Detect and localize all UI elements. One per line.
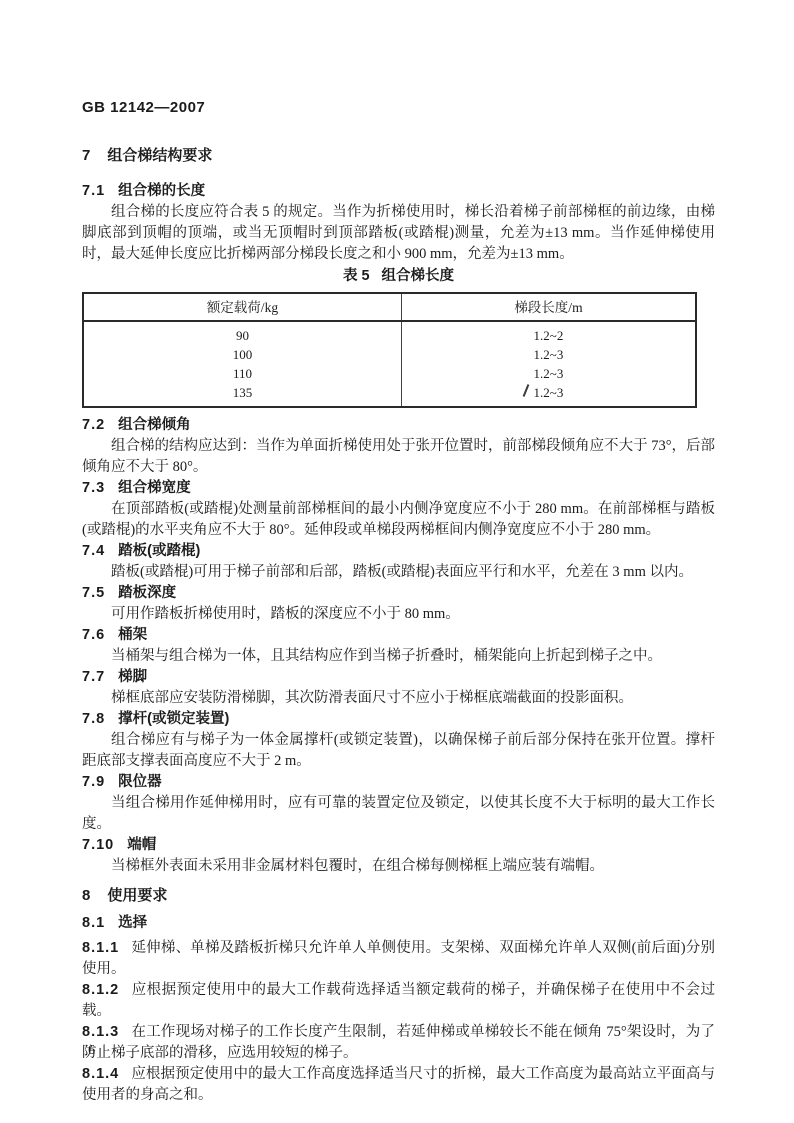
table-5-caption-title: 组合梯长度	[382, 268, 455, 284]
table-cell-load: 110	[83, 364, 401, 383]
section-title-7-5: 踏板深度	[118, 585, 176, 601]
table-cell-load: 100	[83, 345, 401, 364]
section-body-7-5: 可用作踏板折梯使用时，踏板的深度应不小于 80 mm。	[82, 604, 715, 625]
section-number-7-8: 7.8	[82, 711, 105, 727]
section-number-7-2: 7.2	[82, 417, 105, 433]
section-title-7-6: 桶架	[118, 627, 147, 643]
table-col-header-load: 额定载荷/kg	[83, 293, 401, 321]
table-row: 100 1.2~3	[83, 345, 696, 364]
section-heading-7-6: 7.6桶架	[82, 625, 715, 646]
doc-number: GB 12142—2007	[82, 98, 715, 118]
table-row: 135 1.2~3	[83, 383, 696, 407]
section-title-7-8: 撑杆(或锁定装置)	[118, 711, 229, 727]
section-body-7-8: 组合梯应有与梯子为一体金属撑杆(或锁定装置)，以确保梯子前后部分保持在张开位置。…	[82, 730, 715, 772]
section-number-7-1: 7.1	[82, 183, 105, 199]
section-heading-8-1: 8.1选择	[82, 913, 715, 934]
section-title-7-2: 组合梯倾角	[118, 417, 191, 433]
section-number-7-4: 7.4	[82, 543, 105, 559]
table-cell-length-text: 1.2~3	[534, 385, 564, 400]
clause-8-1-4: 8.1.4应根据预定使用中的最大工作高度选择适当尺寸的折梯，最大工作高度为最高站…	[82, 1064, 715, 1106]
section-heading-7-2: 7.2组合梯倾角	[82, 415, 715, 436]
section-body-7-9: 当组合梯用作延伸梯用时，应有可靠的装置定位及锁定，以使其长度不大于标明的最大工作…	[82, 793, 715, 835]
table-5-caption-label: 表 5	[343, 268, 370, 284]
section-body-7-7: 梯框底部应安装防滑梯脚，其次防滑表面尺寸不应小于梯框底端截面的投影面积。	[82, 688, 715, 709]
section-number-7-7: 7.7	[82, 669, 105, 685]
section-number-7-6: 7.6	[82, 627, 105, 643]
table-row: 110 1.2~3	[83, 364, 696, 383]
table-cell-length: 1.2~2	[401, 321, 696, 345]
clause-body-8-1-3: 在工作现场对梯子的工作长度产生限制，若延伸梯或单梯较长不能在倾角 75°架设时，…	[82, 1024, 715, 1061]
document-page: GB 12142—2007 7组合梯结构要求 7.1组合梯的长度 组合梯的长度应…	[0, 0, 794, 1123]
section-number-7-5: 7.5	[82, 585, 105, 601]
section-body-7-3: 在顶部踏板(或踏棍)处测量前部梯框间的最小内侧净宽度应不小于 280 mm。在前…	[82, 499, 715, 541]
table-5-caption: 表 5组合梯长度	[82, 266, 715, 287]
section-title-7-7: 梯脚	[118, 669, 147, 685]
section-heading-7-5: 7.5踏板深度	[82, 583, 715, 604]
section-title-7-1: 组合梯的长度	[118, 183, 205, 199]
section-heading-7-10: 7.10端帽	[82, 835, 715, 856]
chapter-8-heading: 8使用要求	[82, 885, 715, 906]
table-cell-length: 1.2~3	[401, 383, 696, 407]
clause-body-8-1-4: 应根据预定使用中的最大工作高度选择适当尺寸的折梯，最大工作高度为最高站立平面高与…	[82, 1066, 715, 1103]
section-number-7-9: 7.9	[82, 774, 105, 790]
clause-8-1-2: 8.1.2应根据预定使用中的最大工作载荷选择适当额定载荷的梯子，并确保梯子在使用…	[82, 980, 715, 1022]
table-header-row: 额定载荷/kg 梯段长度/m	[83, 293, 696, 321]
chapter-8-number: 8	[82, 887, 91, 904]
section-number-7-10: 7.10	[82, 837, 114, 853]
section-title-7-3: 组合梯宽度	[118, 480, 191, 496]
section-body-7-2: 组合梯的结构应达到：当作为单面折梯使用处于张开位置时，前部梯段倾角应不大于 73…	[82, 436, 715, 478]
scan-artifact-mark	[522, 384, 529, 397]
table-cell-load: 90	[83, 321, 401, 345]
clause-body-8-1-1: 延伸梯、单梯及踏板折梯只允许单人单侧使用。支架梯、双面梯允许单人双侧(前后面)分…	[82, 940, 715, 977]
clause-number-8-1-2: 8.1.2	[82, 982, 119, 998]
chapter-7-title: 组合梯结构要求	[107, 147, 212, 164]
clause-number-8-1-3: 8.1.3	[82, 1024, 119, 1040]
table-5: 额定载荷/kg 梯段长度/m 90 1.2~2 100 1.2~3 110 1.…	[82, 292, 697, 408]
section-heading-7-8: 7.8撑杆(或锁定装置)	[82, 709, 715, 730]
chapter-7-heading: 7组合梯结构要求	[82, 145, 715, 166]
table-cell-length: 1.2~3	[401, 364, 696, 383]
section-heading-7-3: 7.3组合梯宽度	[82, 478, 715, 499]
section-heading-7-1: 7.1组合梯的长度	[82, 181, 715, 202]
chapter-8-title: 使用要求	[107, 887, 167, 904]
chapter-7-number: 7	[82, 147, 91, 164]
table-5-body: 90 1.2~2 100 1.2~3 110 1.2~3 135 1.2~3	[83, 321, 696, 407]
page-number: 6	[88, 1040, 95, 1061]
table-5-header: 额定载荷/kg 梯段长度/m	[83, 293, 696, 321]
section-heading-7-4: 7.4踏板(或踏棍)	[82, 541, 715, 562]
section-body-7-4: 踏板(或踏棍)可用于梯子前部和后部，踏板(或踏棍)表面应平行和水平，允差在 3 …	[82, 562, 715, 583]
section-body-7-6: 当桶架与组合梯为一体，且其结构应作到当梯子折叠时，桶架能向上折起到梯子之中。	[82, 646, 715, 667]
section-title-7-9: 限位器	[118, 774, 162, 790]
section-heading-7-7: 7.7梯脚	[82, 667, 715, 688]
clause-8-1-3: 8.1.3在工作现场对梯子的工作长度产生限制，若延伸梯或单梯较长不能在倾角 75…	[82, 1022, 715, 1064]
section-title-7-10: 端帽	[127, 837, 156, 853]
table-cell-length: 1.2~3	[401, 345, 696, 364]
clause-number-8-1-4: 8.1.4	[82, 1066, 119, 1082]
clause-body-8-1-2: 应根据预定使用中的最大工作载荷选择适当额定载荷的梯子，并确保梯子在使用中不会过载…	[82, 982, 715, 1019]
clause-number-8-1-1: 8.1.1	[82, 940, 119, 956]
section-number-7-3: 7.3	[82, 480, 105, 496]
table-col-header-length: 梯段长度/m	[401, 293, 696, 321]
table-row: 90 1.2~2	[83, 321, 696, 345]
section-title-7-4: 踏板(或踏棍)	[118, 543, 200, 559]
clause-8-1-1: 8.1.1延伸梯、单梯及踏板折梯只允许单人单侧使用。支架梯、双面梯允许单人双侧(…	[82, 938, 715, 980]
table-cell-load: 135	[83, 383, 401, 407]
section-number-8-1: 8.1	[82, 915, 105, 931]
section-body-7-1: 组合梯的长度应符合表 5 的规定。当作为折梯使用时，梯长沿着梯子前部梯框的前边缘…	[82, 202, 715, 265]
section-heading-7-9: 7.9限位器	[82, 772, 715, 793]
section-body-7-10: 当梯框外表面未采用非金属材料包覆时，在组合梯每侧梯框上端应装有端帽。	[82, 856, 715, 877]
section-title-8-1: 选择	[118, 915, 147, 931]
